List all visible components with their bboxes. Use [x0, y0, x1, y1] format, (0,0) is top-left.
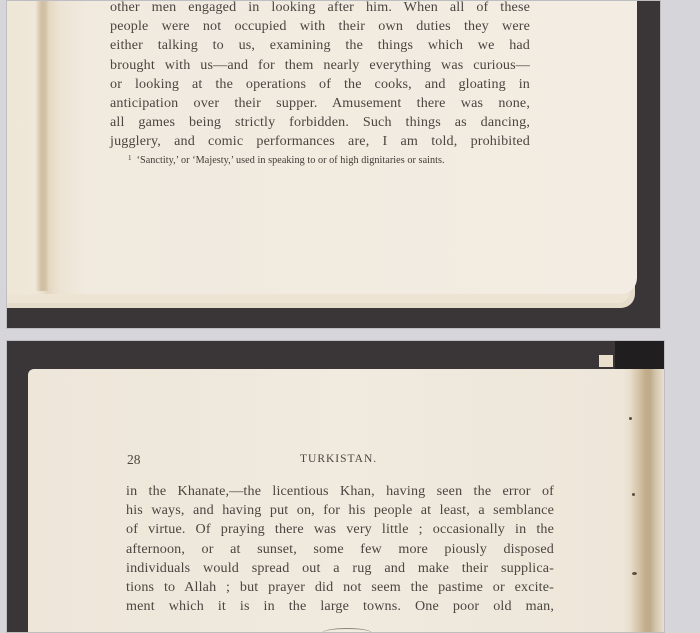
text-line: or looking at the operations of the cook… [110, 75, 530, 94]
text-line: tions to Allah ; but prayer did not seem… [126, 578, 554, 597]
scan-shadow-corner [615, 341, 665, 371]
text-line: all games being strictly forbidden. Such… [110, 113, 530, 132]
paper-speck [629, 417, 632, 420]
page-gutter-fold [630, 369, 665, 633]
text-line: ment which it is in the large towns. One… [126, 597, 554, 616]
running-title: TURKISTAN. [300, 453, 377, 465]
text-line: of virtue. Of praying there was very lit… [126, 520, 554, 539]
bottom-page-body-text: in the Khanate,—the licentious Khan, hav… [126, 482, 554, 616]
text-line: in the Khanate,—the licentious Khan, hav… [126, 482, 554, 501]
footnote-text: ‘Sanctity,’ or ‘Majesty,’ used in speaki… [137, 155, 445, 166]
page-tab-edge [599, 355, 613, 367]
text-line: his ways, and having put on, for his peo… [126, 501, 554, 520]
text-line: other men engaged in looking after him. … [110, 0, 530, 17]
text-line: either talking to us, examining the thin… [110, 36, 530, 55]
text-line: individuals would spread out a rug and m… [126, 559, 554, 578]
page-gutter-fold [35, 1, 49, 291]
text-line: brought with us—and for them nearly ever… [110, 56, 530, 75]
text-line: afternoon, or at sunset, some few more p… [126, 540, 554, 559]
top-page-body-text: other men engaged in looking after him. … [110, 0, 530, 152]
text-line: people were not occupied with their own … [110, 17, 530, 36]
text-line: anticipation over their supper. Amusemen… [110, 94, 530, 113]
ornament-flourish [322, 628, 372, 633]
footnote: 1‘Sanctity,’ or ‘Majesty,’ used in speak… [128, 151, 528, 168]
page-number: 28 [127, 452, 141, 468]
footnote-marker: 1 [128, 154, 132, 162]
paper-speck [632, 572, 637, 575]
paper-speck [632, 493, 635, 496]
text-line: jugglery, and comic performances are, I … [110, 132, 530, 151]
running-head: 28 TURKISTAN. [120, 452, 550, 470]
